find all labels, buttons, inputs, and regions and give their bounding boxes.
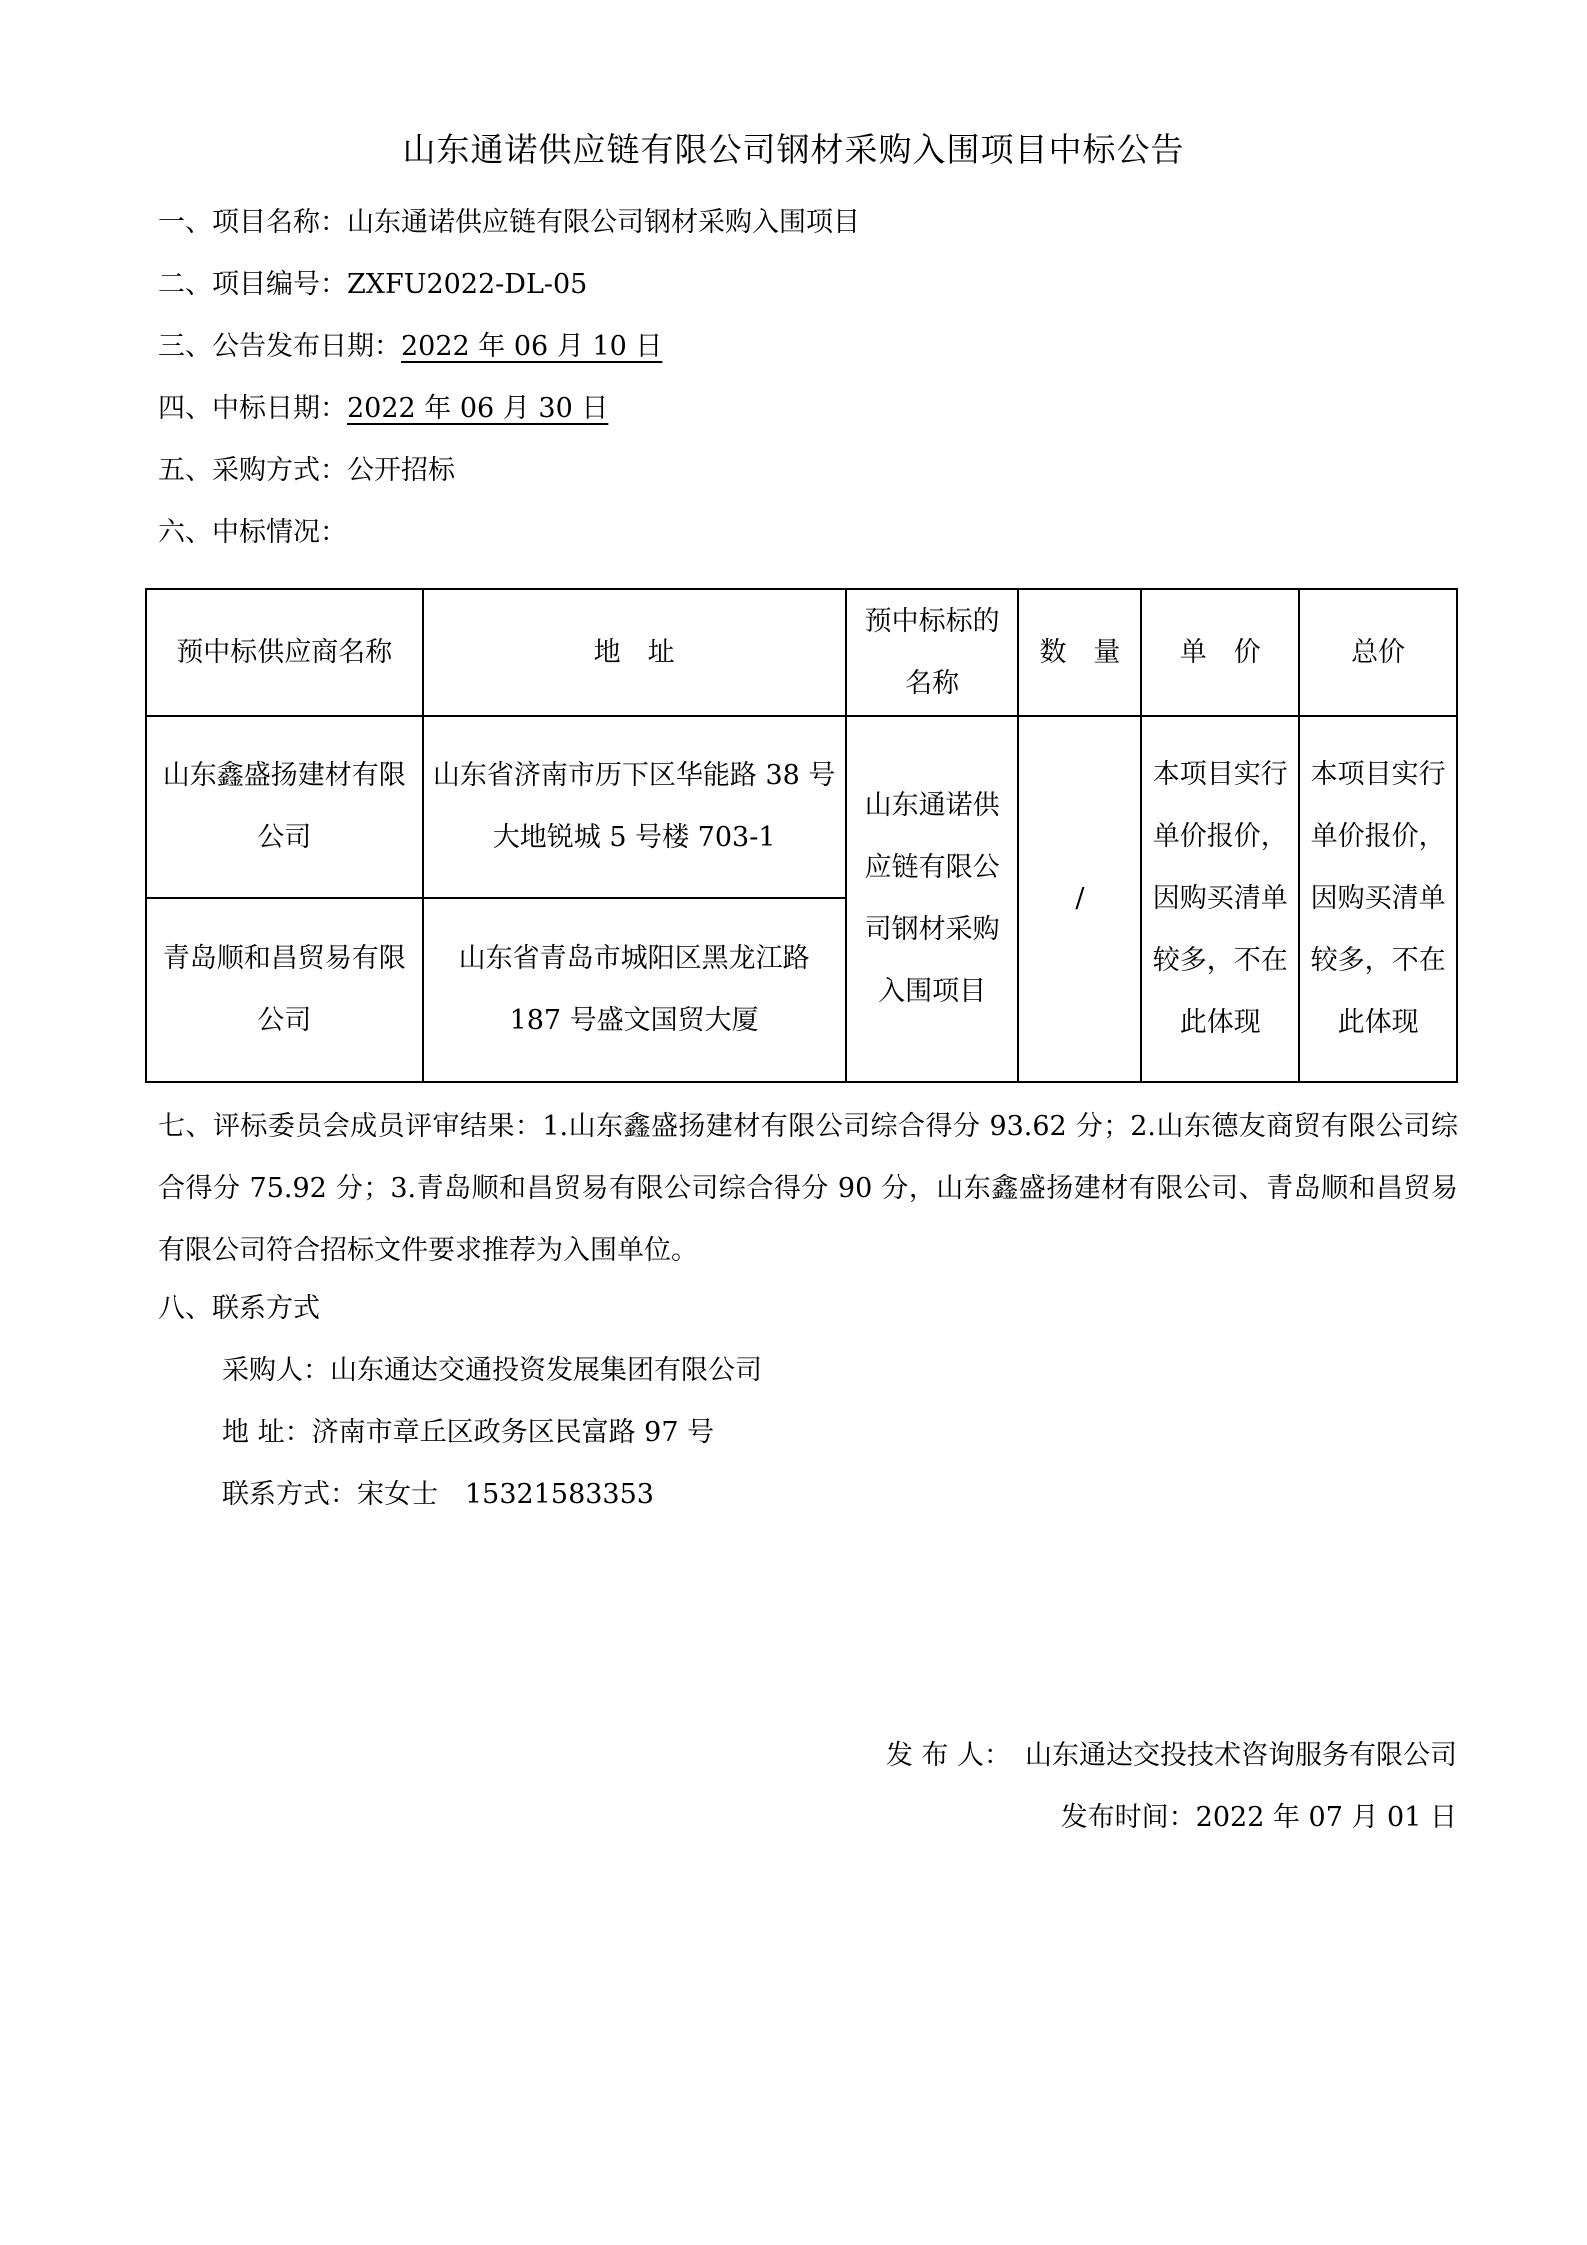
award-date-value: 2022 年 06 月 30 日 <box>347 393 608 424</box>
contact-phone-line: 联系方式：宋女士 15321583353 <box>222 1477 654 1513</box>
project-number-line: 二、项目编号：ZXFU2022-DL-05 <box>158 267 587 303</box>
purchaser-line: 采购人：山东通达交通投资发展集团有限公司 <box>222 1353 762 1389</box>
project-name-label: 一、项目名称： <box>158 207 347 238</box>
procurement-method-value: 公开招标 <box>347 455 455 486</box>
procurement-method-label: 五、采购方式： <box>158 455 347 486</box>
award-table: 预中标供应商名称 地 址 预中标标的名称 数 量 单 价 总价 山东鑫盛扬建材有… <box>145 588 1458 1083</box>
award-date-line: 四、中标日期：2022 年 06 月 30 日 <box>158 391 608 427</box>
award-status-line: 六、中标情况： <box>158 515 347 551</box>
table-header-row: 预中标供应商名称 地 址 预中标标的名称 数 量 单 价 总价 <box>146 589 1457 716</box>
purchaser-address-line: 地 址：济南市章丘区政务区民富路 97 号 <box>222 1415 714 1451</box>
supplier-address: 山东省济南市历下区华能路 38 号大地锐城 5 号楼 703-1 <box>423 716 846 898</box>
publisher-name: 山东通达交投技术咨询服务有限公司 <box>1025 1740 1457 1771</box>
header-unit-price: 单 价 <box>1141 589 1299 716</box>
header-item-name: 预中标标的名称 <box>846 589 1019 716</box>
project-number-label: 二、项目编号： <box>158 269 347 300</box>
award-date-label: 四、中标日期： <box>158 393 347 424</box>
announcement-date-line: 三、公告发布日期：2022 年 06 月 10 日 <box>158 329 662 365</box>
header-total-price: 总价 <box>1299 589 1457 716</box>
publish-time-line: 发布时间：2022 年 07 月 01 日 <box>1061 1800 1457 1836</box>
header-address: 地 址 <box>423 589 846 716</box>
supplier-address: 山东省青岛市城阳区黑龙江路 187 号盛文国贸大厦 <box>423 898 846 1082</box>
award-status-label: 六、中标情况： <box>158 517 347 548</box>
total-price-cell: 本项目实行单价报价，因购买清单较多，不在此体现 <box>1299 716 1457 1082</box>
quantity-cell: / <box>1018 716 1141 1082</box>
header-quantity: 数 量 <box>1018 589 1141 716</box>
document-title: 山东通诺供应链有限公司钢材采购入围项目中标公告 <box>0 128 1587 172</box>
publisher-label: 发 布 人： <box>886 1740 1011 1771</box>
publisher-line: 发 布 人：山东通达交投技术咨询服务有限公司 <box>886 1738 1457 1774</box>
supplier-name: 山东鑫盛扬建材有限公司 <box>146 716 423 898</box>
announcement-date-label: 三、公告发布日期： <box>158 331 401 362</box>
contact-heading: 八、联系方式 <box>158 1291 320 1327</box>
supplier-name: 青岛顺和昌贸易有限公司 <box>146 898 423 1082</box>
project-number-value: ZXFU2022-DL-05 <box>347 269 587 300</box>
unit-price-cell: 本项目实行单价报价，因购买清单较多，不在此体现 <box>1141 716 1299 1082</box>
table-row: 山东鑫盛扬建材有限公司 山东省济南市历下区华能路 38 号大地锐城 5 号楼 7… <box>146 716 1457 898</box>
evaluation-result: 七、评标委员会成员评审结果：1.山东鑫盛扬建材有限公司综合得分 93.62 分；… <box>158 1096 1458 1282</box>
announcement-page: 山东通诺供应链有限公司钢材采购入围项目中标公告 一、项目名称：山东通诺供应链有限… <box>0 0 1587 2245</box>
project-name-value: 山东通诺供应链有限公司钢材采购入围项目 <box>347 207 860 238</box>
procurement-method-line: 五、采购方式：公开招标 <box>158 453 455 489</box>
project-name-line: 一、项目名称：山东通诺供应链有限公司钢材采购入围项目 <box>158 205 860 241</box>
header-supplier: 预中标供应商名称 <box>146 589 423 716</box>
announcement-date-value: 2022 年 06 月 10 日 <box>401 331 662 362</box>
item-name-cell: 山东通诺供应链有限公司钢材采购入围项目 <box>846 716 1019 1082</box>
